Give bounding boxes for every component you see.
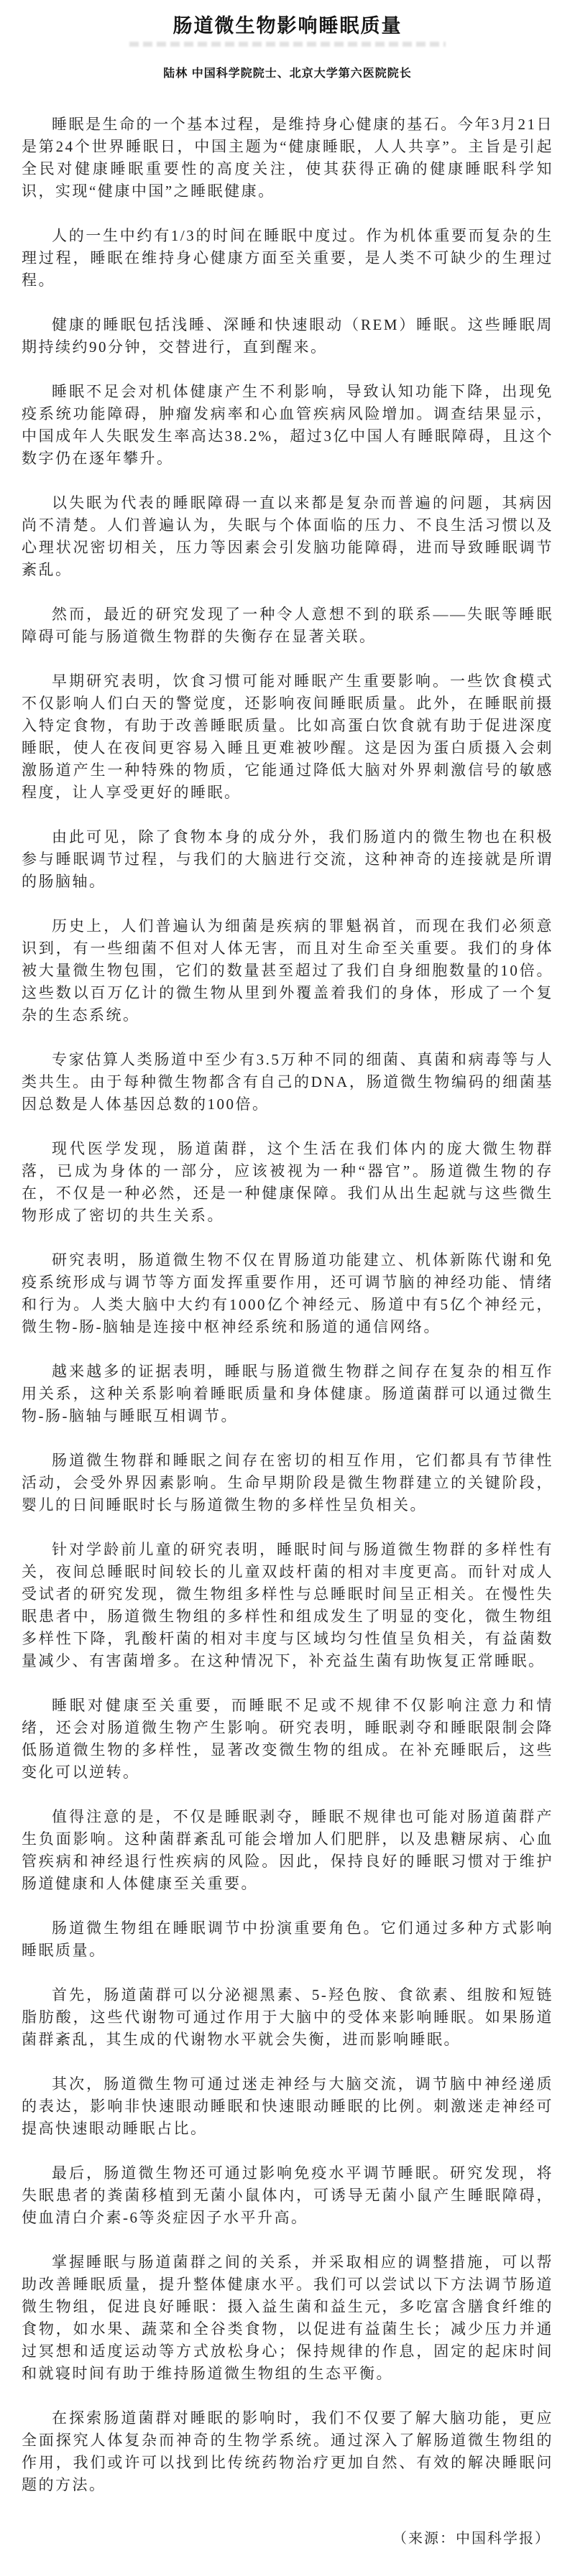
paragraph: 其次，肠道微生物可通过迷走神经与大脑交流，调节脑中神经递质的表达，影响非快速眼动… <box>22 2073 553 2140</box>
paragraph: 睡眠是生命的一个基本过程，是维持身心健康的基石。今年3月21日是第24个世界睡眠… <box>22 113 553 203</box>
article-body: 睡眠是生命的一个基本过程，是维持身心健康的基石。今年3月21日是第24个世界睡眠… <box>22 113 553 2547</box>
paragraph: 越来越多的证据表明，睡眠与肠道微生物群之间存在复杂的相互作用关系，这种关系影响着… <box>22 1361 553 1427</box>
paragraph: 掌握睡眠与肠道菌群之间的关系，并采取相应的调整措施，可以帮助改善睡眠质量，提升整… <box>22 2251 553 2385</box>
paragraph: 研究表明，肠道微生物不仅在胃肠道功能建立、机体新陈代谢和免疫系统形成与调节等方面… <box>22 1249 553 1338</box>
source-attribution: （来源：中国科学报） <box>22 2526 551 2547</box>
paragraph: 专家估算人类肠道中至少有3.5万种不同的细菌、真菌和病毒等与人类共生。由于每种微… <box>22 1049 553 1116</box>
paragraph: 肠道微生物群和睡眠之间存在密切的相互作用，它们都具有节律性活动，会受外界因素影响… <box>22 1450 553 1516</box>
paragraph: 历史上，人们普遍认为细菌是疾病的罪魁祸首，而现在我们必须意识到，有一些细菌不但对… <box>22 915 553 1027</box>
paragraph: 早期研究表明，饮食习惯可能对睡眠产生重要影响。一些饮食模式不仅影响人们白天的警觉… <box>22 670 553 804</box>
paragraph: 最后，肠道微生物还可通过影响免疫水平调节睡眠。研究发现，将失眠患者的粪菌移植到无… <box>22 2162 553 2229</box>
paragraph: 在探索肠道菌群对睡眠的影响时，我们不仅要了解大脑功能，更应全面探究人体复杂而神奇… <box>22 2407 553 2496</box>
paragraph: 睡眠不足会对机体健康产生不利影响，导致认知功能下降，出现免疫系统功能障碍，肿瘤发… <box>22 381 553 470</box>
paragraph: 睡眠对健康至关重要，而睡眠不足或不规律不仅影响注意力和情绪，还会对肠道微生物产生… <box>22 1695 553 1784</box>
paragraph: 然而，最近的研究发现了一种令人意想不到的联系——失眠等睡眠障碍可能与肠道微生物群… <box>22 603 553 648</box>
paragraph: 首先，肠道菌群可以分泌褪黑素、5-羟色胺、食欲素、组胺和短链脂肪酸，这些代谢物可… <box>22 1984 553 2051</box>
paragraph: 健康的睡眠包括浅睡、深睡和快速眼动（REM）睡眠。这些睡眠周期持续约90分钟，交… <box>22 314 553 358</box>
paragraph: 以失眠为代表的睡眠障碍一直以来都是复杂而普遍的问题，其病因尚不清楚。人们普遍认为… <box>22 492 553 581</box>
paragraph: 肠道微生物组在睡眠调节中扮演重要角色。它们通过多种方式影响睡眠质量。 <box>22 1917 553 1962</box>
article-page: 肠道微生物影响睡眠质量 陆林 中国科学院院士、北京大学第六医院院长 睡眠是生命的… <box>0 0 575 2576</box>
paragraph: 由此可见，除了食物本身的成分外，我们肠道内的微生物也在积极参与睡眠调节过程，与我… <box>22 826 553 893</box>
scan-artifact <box>129 42 446 47</box>
paragraph: 现代医学发现，肠道菌群，这个生活在我们体内的庞大微生物群落，已成为身体的一部分，… <box>22 1138 553 1227</box>
paragraph: 值得注意的是，不仅是睡眠剥夺，睡眠不规律也可能对肠道菌群产生负面影响。这种菌群紊… <box>22 1806 553 1895</box>
article-title: 肠道微生物影响睡眠质量 <box>22 10 553 38</box>
article-byline: 陆林 中国科学院院士、北京大学第六医院院长 <box>22 64 553 80</box>
paragraph: 人的一生中约有1/3的时间在睡眠中度过。作为机体重要而复杂的生理过程，睡眠在维持… <box>22 225 553 292</box>
paragraph: 针对学龄前儿童的研究表明，睡眠时间与肠道微生物群的多样性有关，夜间总睡眠时间较长… <box>22 1539 553 1672</box>
